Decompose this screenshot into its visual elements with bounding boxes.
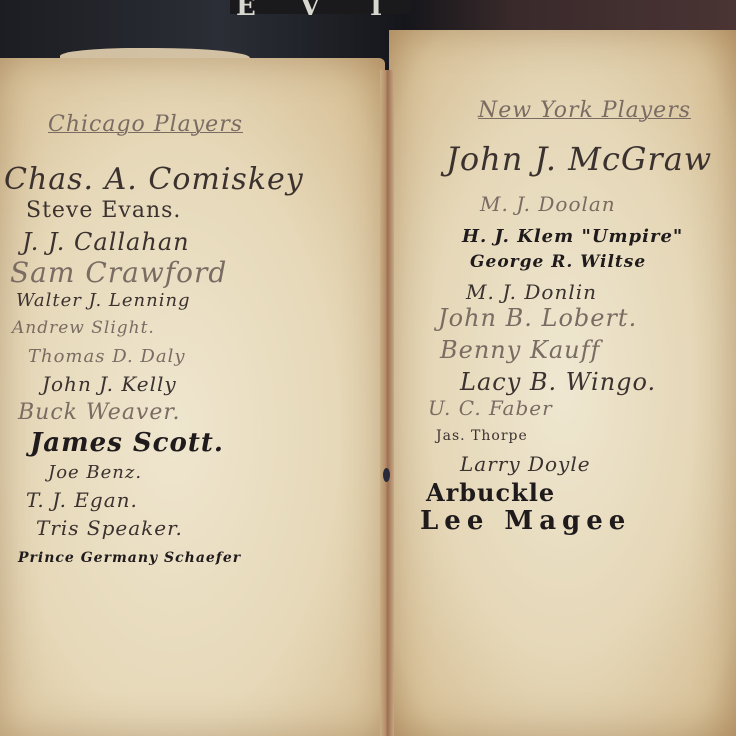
signature: John B. Lobert.: [438, 304, 637, 332]
book-gutter: [380, 70, 394, 736]
signature: Arbuckle: [426, 478, 555, 507]
signature: M. J. Doolan: [480, 192, 616, 216]
signature: U. C. Faber: [428, 396, 553, 420]
signature: George R. Wiltse: [470, 252, 646, 272]
signature: T. J. Egan.: [26, 488, 138, 512]
signature: Thomas D. Daly: [28, 346, 186, 367]
signature: Andrew Slight.: [12, 318, 155, 338]
signature: M. J. Donlin: [466, 280, 597, 304]
cover-print: E V I: [230, 0, 410, 14]
signature: John J. McGraw: [446, 140, 712, 178]
signature: John J. Kelly: [42, 372, 177, 396]
signature: James Scott.: [30, 428, 224, 458]
left-page-heading: Chicago Players: [48, 112, 243, 137]
signature: Walter J. Lenning: [16, 290, 191, 311]
signature: Lacy B. Wingo.: [460, 368, 656, 396]
cover-glyph: E: [236, 0, 256, 22]
signature: Larry Doyle: [460, 452, 591, 476]
signature: Lee Magee: [420, 506, 631, 536]
signature: Jas. Thorpe: [436, 428, 528, 444]
ink-stain: [383, 468, 390, 482]
signature: Tris Speaker.: [36, 516, 183, 540]
signature: Joe Benz.: [48, 462, 142, 483]
signature: Benny Kauff: [440, 336, 600, 364]
right-page-heading: New York Players: [478, 98, 691, 123]
signature: Steve Evans.: [26, 198, 181, 223]
left-page: [0, 58, 385, 736]
signature: Chas. A. Comiskey: [4, 162, 304, 197]
signature: Prince Germany Schaefer: [18, 550, 241, 566]
signature: Sam Crawford: [10, 256, 227, 289]
signature: H. J. Klem "Umpire": [462, 226, 683, 247]
cover-glyph: I: [370, 0, 382, 22]
signature: J. J. Callahan: [22, 228, 190, 256]
cover-glyph: V: [300, 0, 320, 22]
signature: Buck Weaver.: [18, 400, 180, 425]
